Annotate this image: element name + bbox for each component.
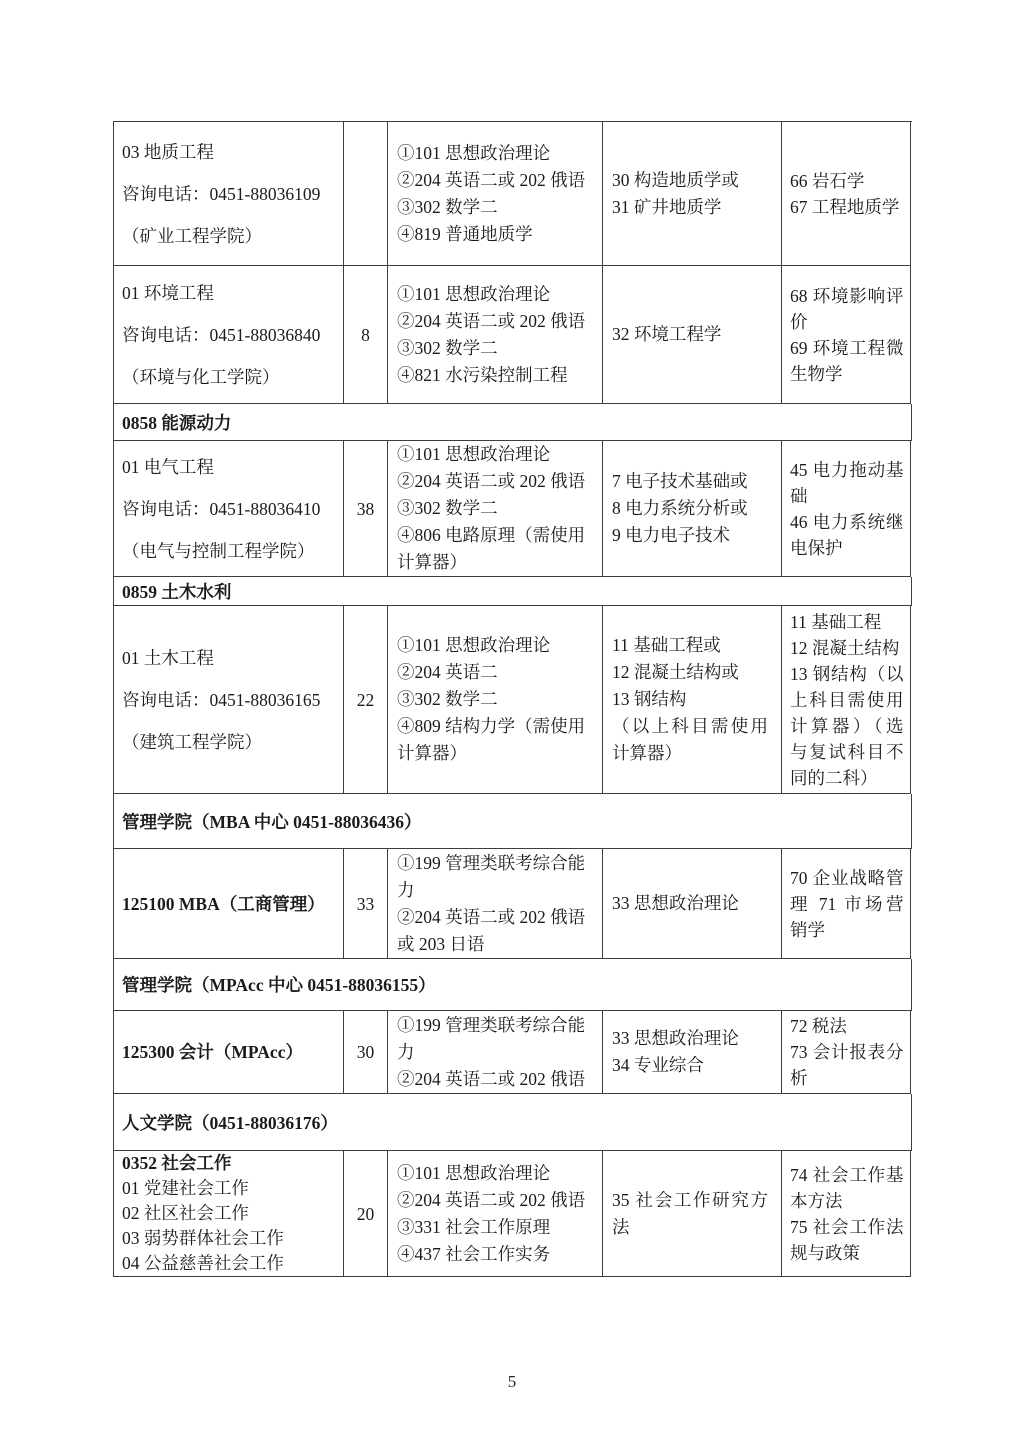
cell-program-info: 125300 会计（MPAcc）: [114, 1011, 344, 1094]
text-line: 66 岩石学: [790, 168, 904, 194]
text-line: 70 企业战略管理 71 市场营销学: [790, 865, 904, 943]
text-line: 125300 会计（MPAcc）: [122, 1038, 337, 1066]
cell-enrollment-quota: 38: [344, 441, 388, 577]
cell-enrollment-quota: [344, 122, 388, 266]
text-line: 01 党建社会工作: [122, 1176, 337, 1201]
text-line: 咨询电话：0451-88036410: [122, 495, 337, 523]
text-line: ④819 普通地质学: [397, 221, 600, 248]
section-header-row: 人文学院（0451-88036176）: [114, 1094, 912, 1151]
cell-enrollment-quota: 30: [344, 1011, 388, 1094]
section-header-label: 管理学院（MPAcc 中心 0451-88036155）: [114, 959, 912, 1011]
program-row: 125300 会计（MPAcc） 30 ①199 管理类联考综合能力②204 英…: [114, 1011, 912, 1094]
text-line: 13 钢结构（以上科目需使用计算器）（选与复试科目不同的二科）: [790, 661, 904, 791]
cell-additional-exam-subjects: 74 社会工作基本方法75 社会工作法规与政策: [782, 1151, 911, 1277]
quota-value: 22: [357, 688, 375, 712]
text-line: 67 工程地质学: [790, 194, 904, 220]
text-line: ①101 思想政治理论: [397, 441, 600, 468]
text-line: 04 公益慈善社会工作: [122, 1251, 337, 1276]
text-line: 35 社会工作研究方法: [612, 1187, 768, 1241]
cell-enrollment-quota: 22: [344, 606, 388, 794]
cell-initial-exam-subjects: ①199 管理类联考综合能力②204 英语二或 202 俄语或 203 日语: [388, 849, 603, 959]
text-line: （环境与化工学院）: [122, 363, 337, 391]
cell-additional-exam-subjects: 72 税法73 会计报表分析: [782, 1011, 911, 1094]
text-line: 73 会计报表分析: [790, 1039, 904, 1091]
section-header-label: 人文学院（0451-88036176）: [114, 1094, 912, 1151]
text-line: 46 电力系统继电保护: [790, 509, 904, 561]
cell-initial-exam-subjects: ①199 管理类联考综合能力②204 英语二或 202 俄语: [388, 1011, 603, 1094]
program-row: 03 地质工程咨询电话：0451-88036109（矿业工程学院） ①101 思…: [114, 122, 912, 266]
text-line: （建筑工程学院）: [122, 728, 337, 756]
text-line: 32 环境工程学: [612, 321, 768, 348]
cell-retest-subjects: 7 电子技术基础或8 电力系统分析或9 电力电子技术: [603, 441, 782, 577]
cell-retest-subjects: 35 社会工作研究方法: [603, 1151, 782, 1277]
cell-initial-exam-subjects: ①101 思想政治理论②204 英语二或 202 俄语③302 数学二④821 …: [388, 266, 603, 404]
text-line: 33 思想政治理论: [612, 1025, 768, 1052]
text-line: 34 专业综合: [612, 1052, 768, 1079]
cell-program-info: 01 土木工程咨询电话：0451-88036165（建筑工程学院）: [114, 606, 344, 794]
cell-additional-exam-subjects: 70 企业战略管理 71 市场营销学: [782, 849, 911, 959]
text-line: ③302 数学二: [397, 194, 600, 221]
text-line: 72 税法: [790, 1013, 904, 1039]
quota-value: 33: [357, 892, 375, 916]
text-line: （矿业工程学院）: [122, 222, 337, 250]
quota-value: 30: [357, 1040, 375, 1064]
quota-value: 20: [357, 1202, 375, 1226]
text-line: 01 电气工程: [122, 453, 337, 481]
program-row: 125100 MBA（工商管理） 33 ①199 管理类联考综合能力②204 英…: [114, 849, 912, 959]
cell-enrollment-quota: 33: [344, 849, 388, 959]
text-line: 13 钢结构: [612, 686, 768, 713]
cell-initial-exam-subjects: ①101 思想政治理论②204 英语二或 202 俄语③302 数学二④806 …: [388, 441, 603, 577]
text-line: ②204 英语二或 202 俄语: [397, 1187, 600, 1214]
cell-retest-subjects: 33 思想政治理论: [603, 849, 782, 959]
text-line: （电气与控制工程学院）: [122, 537, 337, 565]
text-line: ④437 社会工作实务: [397, 1241, 600, 1268]
text-line: 01 环境工程: [122, 279, 337, 307]
section-header-label: 0859 土木水利: [114, 577, 912, 606]
text-line: 咨询电话：0451-88036109: [122, 180, 337, 208]
text-line: ④809 结构力学（需使用计算器）: [397, 713, 600, 767]
text-line: ①101 思想政治理论: [397, 632, 600, 659]
program-row: 01 土木工程咨询电话：0451-88036165（建筑工程学院） 22 ①10…: [114, 606, 912, 794]
text-line: 33 思想政治理论: [612, 890, 768, 917]
text-line: ②204 英语二或 202 俄语或 203 日语: [397, 904, 600, 958]
cell-additional-exam-subjects: 11 基础工程12 混凝土结构13 钢结构（以上科目需使用计算器）（选与复试科目…: [782, 606, 911, 794]
cell-initial-exam-subjects: ①101 思想政治理论②204 英语二③302 数学二④809 结构力学（需使用…: [388, 606, 603, 794]
document-page: 03 地质工程咨询电话：0451-88036109（矿业工程学院） ①101 思…: [0, 0, 1024, 1447]
text-line: ①101 思想政治理论: [397, 281, 600, 308]
section-header-row: 0859 土木水利: [114, 577, 912, 606]
section-header-label: 0858 能源动力: [114, 404, 912, 441]
text-line: 75 社会工作法规与政策: [790, 1214, 904, 1266]
text-line: ②204 英语二或 202 俄语: [397, 468, 600, 495]
text-line: 12 混凝土结构或: [612, 659, 768, 686]
text-line: ①101 思想政治理论: [397, 1160, 600, 1187]
text-line: ②204 英语二或 202 俄语: [397, 167, 600, 194]
text-line: ②204 英语二或 202 俄语: [397, 308, 600, 335]
cell-retest-subjects: 30 构造地质学或31 矿井地质学: [603, 122, 782, 266]
text-line: 125100 MBA（工商管理）: [122, 890, 337, 918]
section-header-label: 管理学院（MBA 中心 0451-88036436）: [114, 794, 912, 849]
text-line: 02 社区社会工作: [122, 1201, 337, 1226]
cell-retest-subjects: 33 思想政治理论34 专业综合: [603, 1011, 782, 1094]
text-line: ②204 英语二: [397, 659, 600, 686]
cell-program-info: 125100 MBA（工商管理）: [114, 849, 344, 959]
cell-additional-exam-subjects: 68 环境影响评价69 环境工程微生物学: [782, 266, 911, 404]
cell-initial-exam-subjects: ①101 思想政治理论②204 英语二或 202 俄语③302 数学二④819 …: [388, 122, 603, 266]
section-header-row: 管理学院（MBA 中心 0451-88036436）: [114, 794, 912, 849]
text-line: 74 社会工作基本方法: [790, 1162, 904, 1214]
page-number: 5: [0, 1372, 1024, 1392]
cell-program-info: 01 环境工程咨询电话：0451-88036840（环境与化工学院）: [114, 266, 344, 404]
text-line: ①199 管理类联考综合能力: [397, 850, 600, 904]
text-line: ①199 管理类联考综合能力: [397, 1012, 600, 1066]
text-line: 68 环境影响评价: [790, 283, 904, 335]
text-line: 03 地质工程: [122, 138, 337, 166]
text-line: ②204 英语二或 202 俄语: [397, 1066, 600, 1093]
text-line: 30 构造地质学或: [612, 167, 768, 194]
cell-additional-exam-subjects: 45 电力拖动基础46 电力系统继电保护: [782, 441, 911, 577]
text-line: 9 电力电子技术: [612, 522, 768, 549]
text-line: 11 基础工程或: [612, 632, 768, 659]
admissions-exam-table: 03 地质工程咨询电话：0451-88036109（矿业工程学院） ①101 思…: [113, 121, 912, 1277]
text-line: ③302 数学二: [397, 686, 600, 713]
text-line: ③302 数学二: [397, 335, 600, 362]
text-line: ③302 数学二: [397, 495, 600, 522]
cell-program-info: 0352 社会工作01 党建社会工作02 社区社会工作03 弱势群体社会工作04…: [114, 1151, 344, 1277]
text-line: 咨询电话：0451-88036165: [122, 686, 337, 714]
cell-enrollment-quota: 20: [344, 1151, 388, 1277]
cell-program-info: 01 电气工程咨询电话：0451-88036410（电气与控制工程学院）: [114, 441, 344, 577]
quota-value: 38: [357, 497, 375, 521]
text-line: 8 电力系统分析或: [612, 495, 768, 522]
text-line: ①101 思想政治理论: [397, 140, 600, 167]
quota-value: 8: [361, 323, 370, 347]
cell-enrollment-quota: 8: [344, 266, 388, 404]
text-line: （以上科目需使用计算器）: [612, 713, 768, 767]
program-row: 01 环境工程咨询电话：0451-88036840（环境与化工学院） 8 ①10…: [114, 266, 912, 404]
text-line: 31 矿井地质学: [612, 194, 768, 221]
text-line: ④806 电路原理（需使用计算器）: [397, 522, 600, 576]
cell-retest-subjects: 32 环境工程学: [603, 266, 782, 404]
section-header-row: 管理学院（MPAcc 中心 0451-88036155）: [114, 959, 912, 1011]
text-line: 咨询电话：0451-88036840: [122, 321, 337, 349]
cell-program-info: 03 地质工程咨询电话：0451-88036109（矿业工程学院）: [114, 122, 344, 266]
text-line: 03 弱势群体社会工作: [122, 1226, 337, 1251]
text-line: 45 电力拖动基础: [790, 457, 904, 509]
text-line: 69 环境工程微生物学: [790, 335, 904, 387]
program-row: 0352 社会工作01 党建社会工作02 社区社会工作03 弱势群体社会工作04…: [114, 1151, 912, 1277]
cell-additional-exam-subjects: 66 岩石学67 工程地质学: [782, 122, 911, 266]
program-row: 01 电气工程咨询电话：0451-88036410（电气与控制工程学院） 38 …: [114, 441, 912, 577]
cell-retest-subjects: 11 基础工程或12 混凝土结构或13 钢结构（以上科目需使用计算器）: [603, 606, 782, 794]
cell-initial-exam-subjects: ①101 思想政治理论②204 英语二或 202 俄语③331 社会工作原理④4…: [388, 1151, 603, 1277]
text-line: 12 混凝土结构: [790, 635, 904, 661]
text-line: 11 基础工程: [790, 609, 904, 635]
text-line: 0352 社会工作: [122, 1151, 337, 1176]
text-line: 01 土木工程: [122, 644, 337, 672]
text-line: ③331 社会工作原理: [397, 1214, 600, 1241]
text-line: ④821 水污染控制工程: [397, 362, 600, 389]
text-line: 7 电子技术基础或: [612, 468, 768, 495]
section-header-row: 0858 能源动力: [114, 404, 912, 441]
